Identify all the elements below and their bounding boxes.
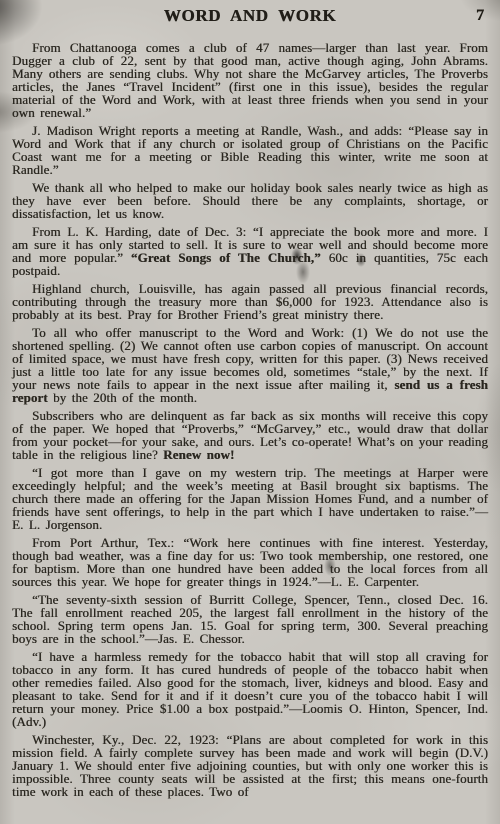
paragraph: Highland church, Louisville, has again p… <box>12 282 488 321</box>
paragraph: From Port Arthur, Tex.: “Work here conti… <box>12 536 488 588</box>
text-run: Highland church, Louisville, has again p… <box>12 281 488 322</box>
page-header: WORD AND WORK 7 <box>0 6 500 30</box>
paragraph: “I got more than I gave on my western tr… <box>12 466 488 531</box>
bold-text-run: “Great Songs of The Church,” <box>131 250 321 265</box>
paragraph: To all who offer manuscript to the Word … <box>12 326 488 404</box>
paragraph: From Chattanooga comes a club of 47 name… <box>12 41 488 119</box>
paragraph: Subscribers who are delinquent as far ba… <box>12 409 488 461</box>
text-run: Subscribers who are delinquent as far ba… <box>12 408 488 462</box>
text-run: We thank all who helped to make our holi… <box>12 180 488 221</box>
text-run: From Chattanooga comes a club of 47 name… <box>12 40 488 120</box>
paragraph: We thank all who helped to make our holi… <box>12 181 488 220</box>
page-title: WORD AND WORK <box>0 6 500 26</box>
text-run: “I got more than I gave on my western tr… <box>12 465 488 532</box>
text-run: “I have a harmless remedy for the tobacc… <box>12 649 488 729</box>
paragraph: Winchester, Ky., Dec. 22, 1923: “Plans a… <box>12 733 488 798</box>
paragraph: “The seventy-sixth session of Burritt Co… <box>12 593 488 645</box>
bold-text-run: Renew now! <box>163 447 234 462</box>
article-body: From Chattanooga comes a club of 47 name… <box>12 41 488 803</box>
text-run: “The seventy-sixth session of Burritt Co… <box>12 592 488 646</box>
paragraph: J. Madison Wright reports a meeting at R… <box>12 124 488 176</box>
text-run: J. Madison Wright reports a meeting at R… <box>12 123 488 177</box>
text-run: by the 20th of the month. <box>48 390 197 405</box>
paragraph: “I have a harmless remedy for the tobacc… <box>12 650 488 728</box>
scanned-magazine-page: WORD AND WORK 7 From Chattanooga comes a… <box>0 0 500 824</box>
paragraph: From L. K. Harding, date of Dec. 3: “I a… <box>12 225 488 277</box>
text-run: Winchester, Ky., Dec. 22, 1923: “Plans a… <box>12 732 488 799</box>
text-run: From Port Arthur, Tex.: “Work here conti… <box>12 535 488 589</box>
page-number: 7 <box>476 7 484 25</box>
